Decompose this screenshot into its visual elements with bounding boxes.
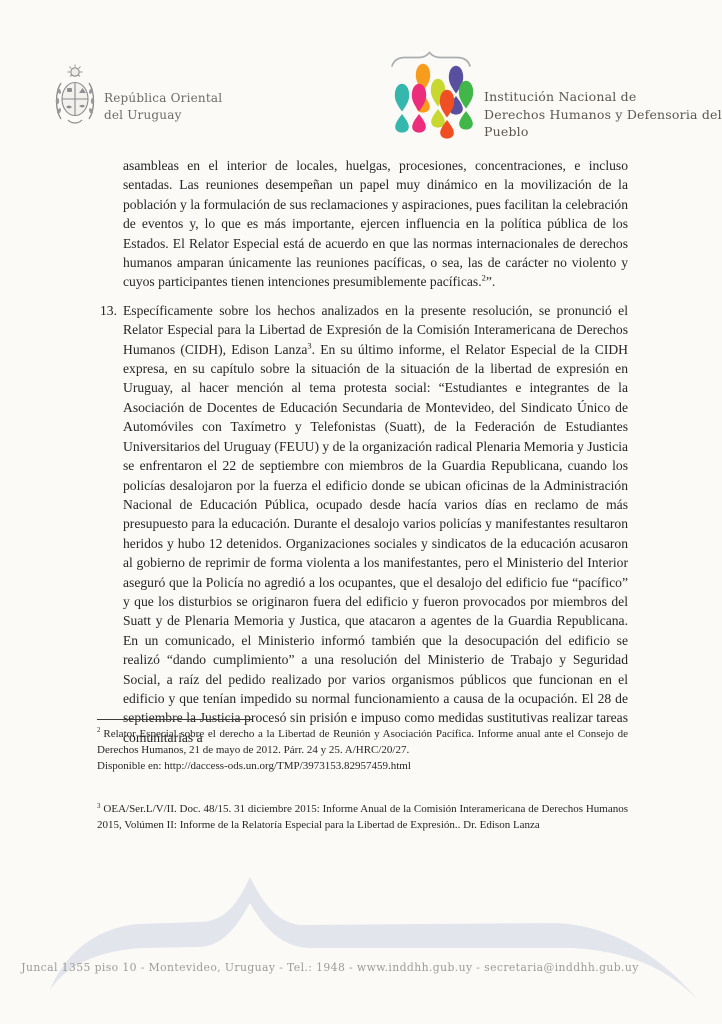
footnote-3-text: OEA/Ser.L/V/II. Doc. 48/15. 31 diciembre… xyxy=(97,803,628,831)
person-figure-redorange xyxy=(440,90,454,139)
uruguay-logo: República Oriental del Uruguay xyxy=(52,62,222,136)
footnote-separator xyxy=(97,719,252,720)
inddhh-people-icon xyxy=(388,50,480,142)
coat-of-arms-icon xyxy=(52,62,98,136)
inddhh-logo-line1: Institución Nacional de xyxy=(484,88,722,106)
footnote-2-link: Disponible en: http://daccess-ods.un.org… xyxy=(97,759,628,775)
header: República Oriental del Uruguay xyxy=(0,0,722,150)
paragraph-13-text: Específicamente sobre los hechos analiza… xyxy=(123,301,628,747)
footnote-2-number: 2 xyxy=(97,727,100,734)
footnotes: 2Relator Especial sobre el derecho a la … xyxy=(97,719,628,834)
wave-decoration xyxy=(0,855,722,1020)
uruguay-logo-line2: del Uruguay xyxy=(104,107,222,124)
uruguay-logo-text: República Oriental del Uruguay xyxy=(104,90,222,124)
inddhh-logo-text: Institución Nacional de Derechos Humanos… xyxy=(484,88,722,141)
numbered-paragraph-13: 13. Específicamente sobre los hechos ana… xyxy=(100,301,628,747)
wave-shape xyxy=(50,877,698,1000)
inddhh-logo: Institución Nacional de Derechos Humanos… xyxy=(388,50,722,142)
paragraph-number: 13. xyxy=(100,301,123,747)
document-body: asambleas en el interior de locales, hue… xyxy=(100,156,628,747)
footnote-3: 3OEA/Ser.L/V/II. Doc. 48/15. 31 diciembr… xyxy=(97,802,628,834)
document-page: República Oriental del Uruguay xyxy=(0,0,722,1024)
inddhh-logo-line2: Derechos Humanos y Defensoria del Pueblo xyxy=(484,106,722,141)
inddhh-bracket-icon xyxy=(392,53,470,67)
person-figure-teal xyxy=(395,84,409,133)
quote-paragraph: asambleas en el interior de locales, hue… xyxy=(123,156,628,292)
footer-address: Juncal 1355 piso 10 - Montevideo, Urugua… xyxy=(0,961,660,974)
uruguay-logo-line1: República Oriental xyxy=(104,90,222,107)
footnote-3-number: 3 xyxy=(97,803,100,810)
footnote-2: 2Relator Especial sobre el derecho a la … xyxy=(97,727,628,774)
footnote-2-text: Relator Especial sobre el derecho a la L… xyxy=(97,728,628,756)
